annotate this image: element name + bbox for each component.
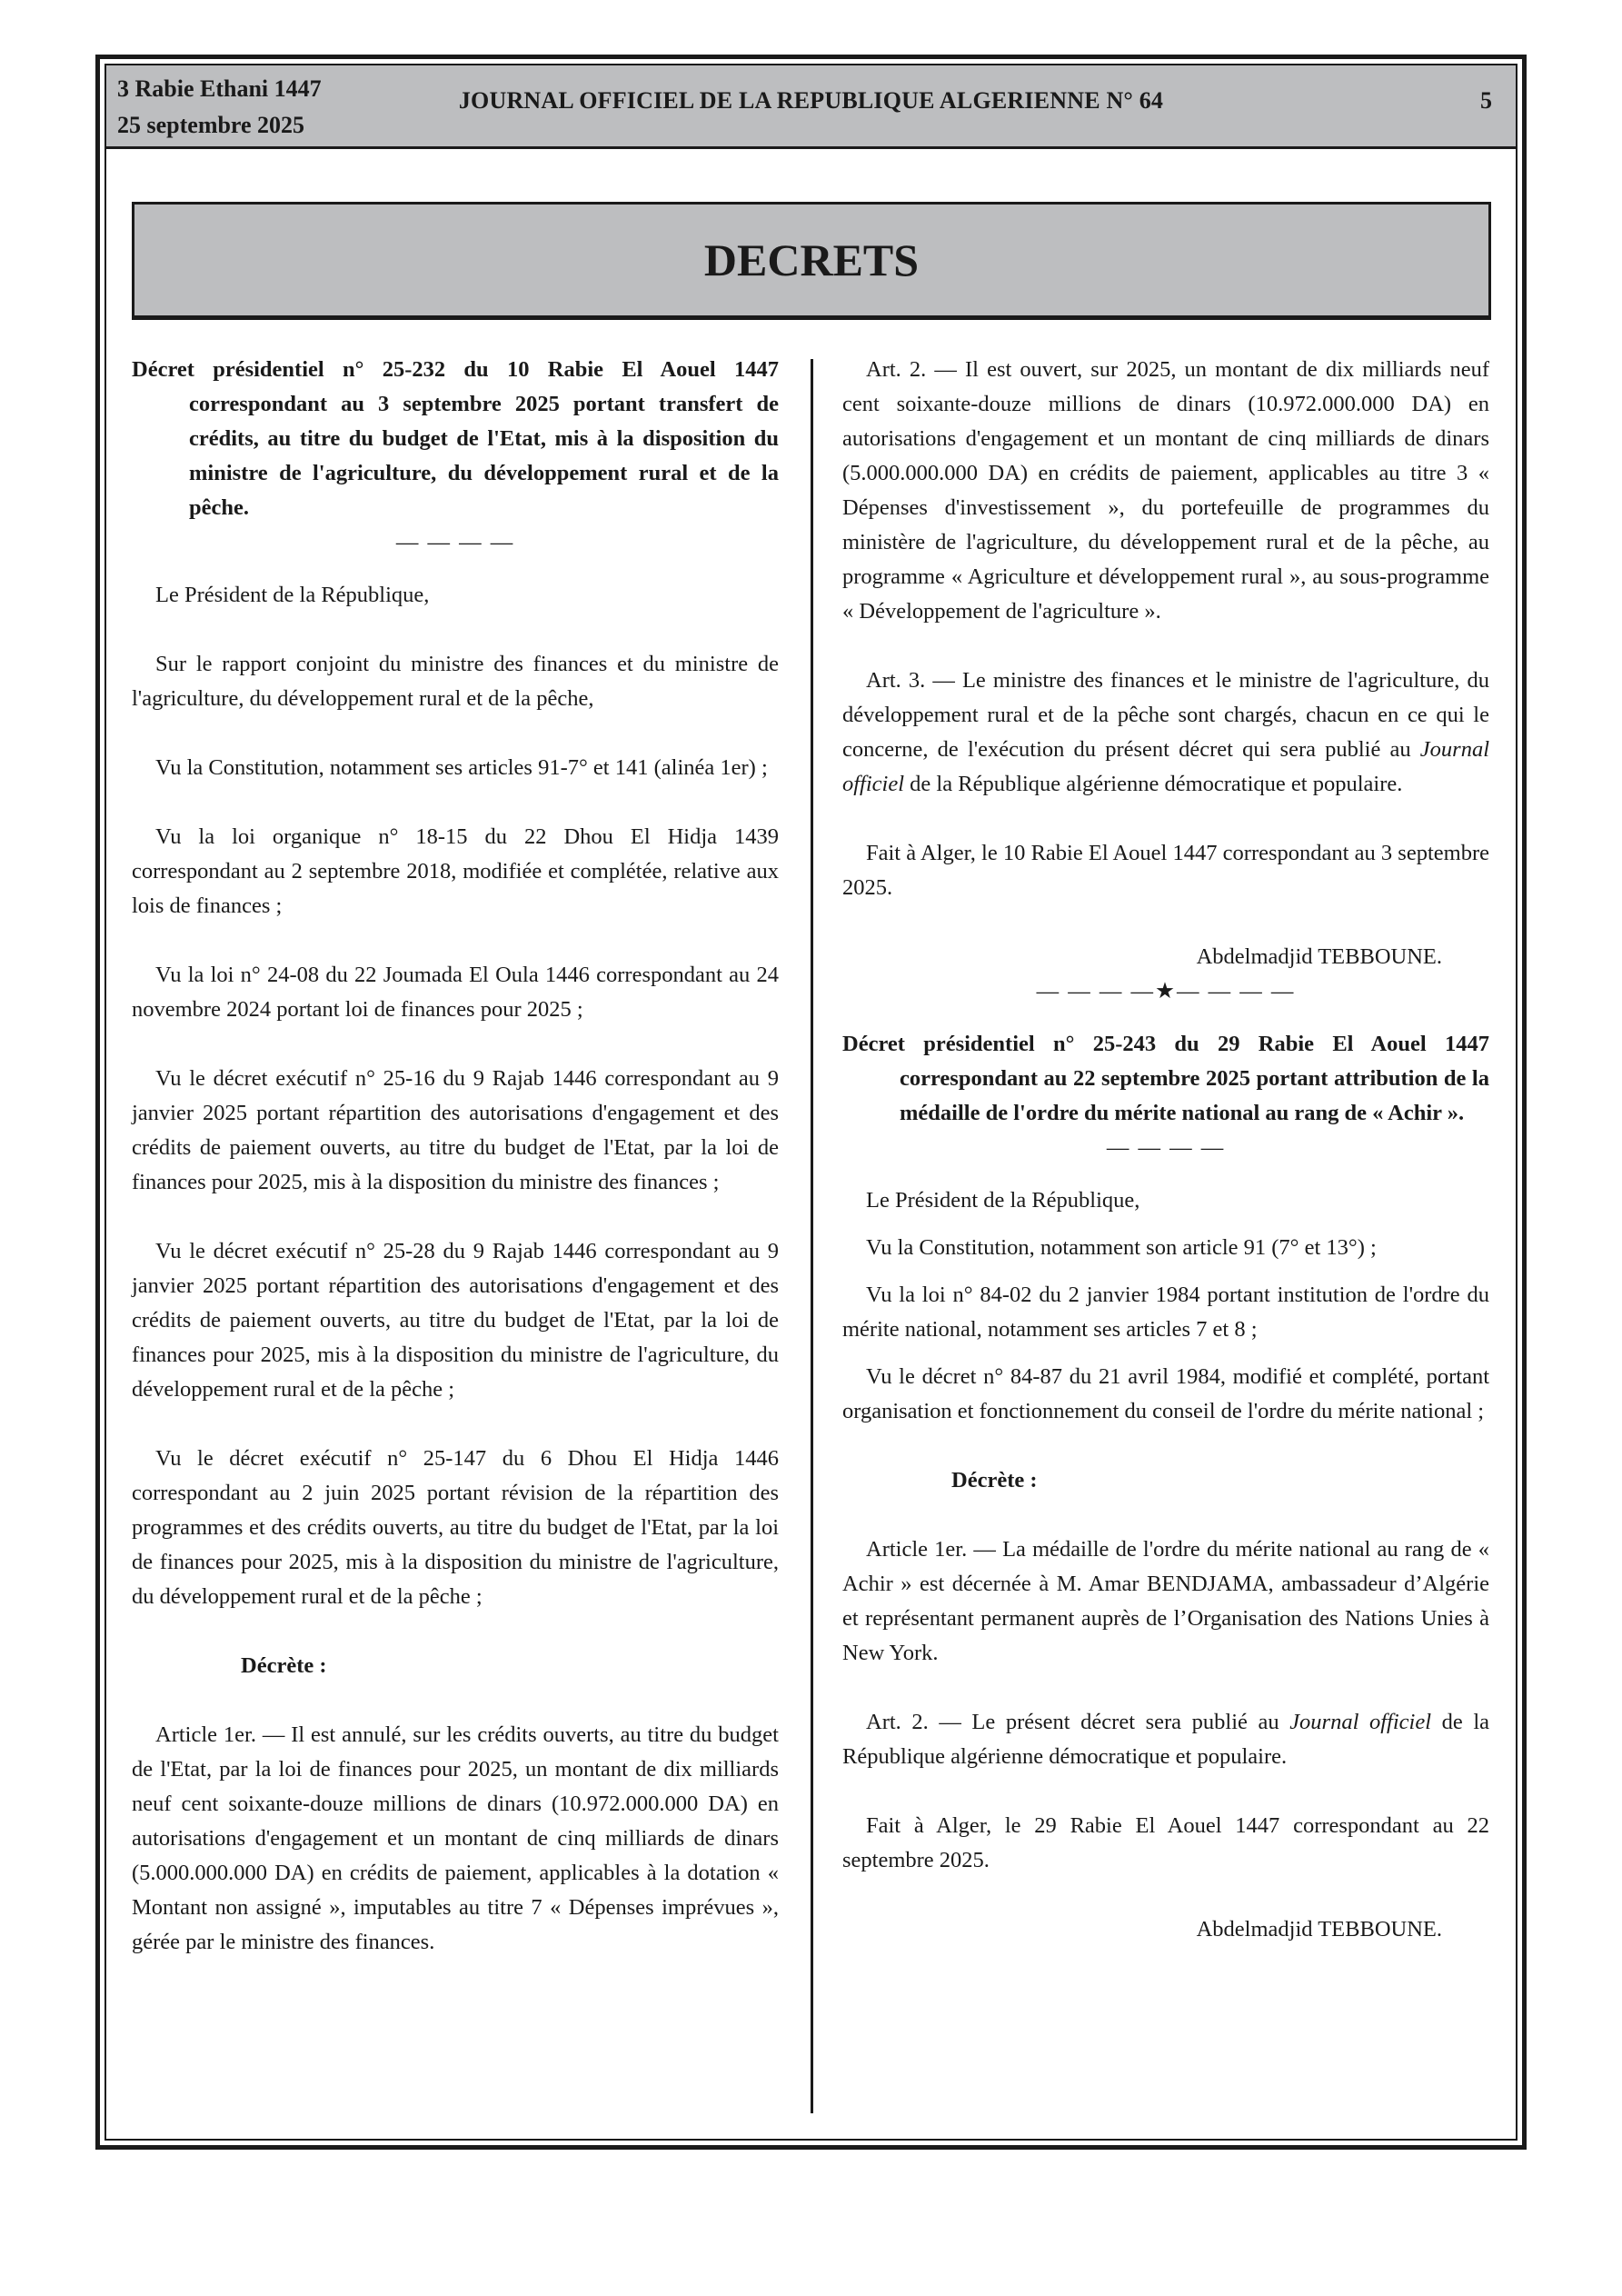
left-column: Décret présidentiel n° 25-232 du 10 Rabi… [132, 353, 779, 1960]
right-column: Art. 2. — Il est ouvert, sur 2025, un mo… [842, 353, 1489, 1947]
done-at: Fait à Alger, le 10 Rabie El Aouel 1447 … [842, 836, 1489, 905]
preamble-paragraph: Vu la loi organique n° 18-15 du 22 Dhou … [132, 820, 779, 923]
signature: Abdelmadjid TEBBOUNE. [842, 940, 1489, 974]
title-separator: — — — — [842, 1131, 1489, 1165]
section-title: DECRETS [132, 202, 1491, 320]
running-header: 3 Rabie Ethani 1447 25 septembre 2025 JO… [106, 65, 1516, 149]
article-1: Article 1er. — La médaille de l'ordre du… [842, 1532, 1489, 1671]
preamble-paragraph: Vu la Constitution, notamment ses articl… [132, 751, 779, 785]
preamble-paragraph: Le Président de la République, [132, 578, 779, 613]
signature: Abdelmadjid TEBBOUNE. [842, 1912, 1489, 1947]
preamble-paragraph: Vu la loi n° 24-08 du 22 Joumada El Oula… [132, 958, 779, 1027]
preamble-paragraph: Le Président de la République, [842, 1183, 1489, 1218]
article-2: Art. 2. — Le présent décret sera publié … [842, 1705, 1489, 1774]
page-number: 5 [1480, 87, 1492, 115]
article-2: Art. 2. — Il est ouvert, sur 2025, un mo… [842, 353, 1489, 629]
journal-title: JOURNAL OFFICIEL DE LA REPUBLIQUE ALGERI… [106, 87, 1516, 115]
article-3: Art. 3. — Le ministre des finances et le… [842, 664, 1489, 802]
star-separator: — — — —★— — — — [842, 974, 1489, 1009]
done-at: Fait à Alger, le 29 Rabie El Aouel 1447 … [842, 1809, 1489, 1878]
title-separator: — — — — [132, 525, 779, 560]
preamble-paragraph: Vu le décret n° 84-87 du 21 avril 1984, … [842, 1360, 1489, 1429]
article-2-text: Art. 2. — Le présent décret sera publié … [866, 1710, 1289, 1734]
article-3-text: Art. 3. — Le ministre des finances et le… [842, 668, 1489, 762]
article-3-text-end: de la République algérienne démocratique… [904, 772, 1402, 796]
preamble-paragraph: Vu le décret exécutif n° 25-147 du 6 Dho… [132, 1442, 779, 1614]
decrete-heading: Décrète : [842, 1463, 1489, 1498]
journal-officiel-italic: Journal officiel [1289, 1710, 1431, 1734]
preamble-paragraph: Vu la Constitution, notamment son articl… [842, 1231, 1489, 1265]
decrete-heading: Décrète : [132, 1649, 779, 1683]
preamble-paragraph: Vu le décret exécutif n° 25-28 du 9 Raja… [132, 1234, 779, 1407]
preamble-paragraph: Sur le rapport conjoint du ministre des … [132, 647, 779, 716]
preamble-paragraph: Vu le décret exécutif n° 25-16 du 9 Raja… [132, 1062, 779, 1200]
column-divider [811, 359, 813, 2113]
decree-1-title: Décret présidentiel n° 25-232 du 10 Rabi… [132, 353, 779, 525]
article-1: Article 1er. — Il est annulé, sur les cr… [132, 1718, 779, 1960]
decree-2-title: Décret présidentiel n° 25-243 du 29 Rabi… [842, 1027, 1489, 1131]
preamble-paragraph: Vu la loi n° 84-02 du 2 janvier 1984 por… [842, 1278, 1489, 1347]
